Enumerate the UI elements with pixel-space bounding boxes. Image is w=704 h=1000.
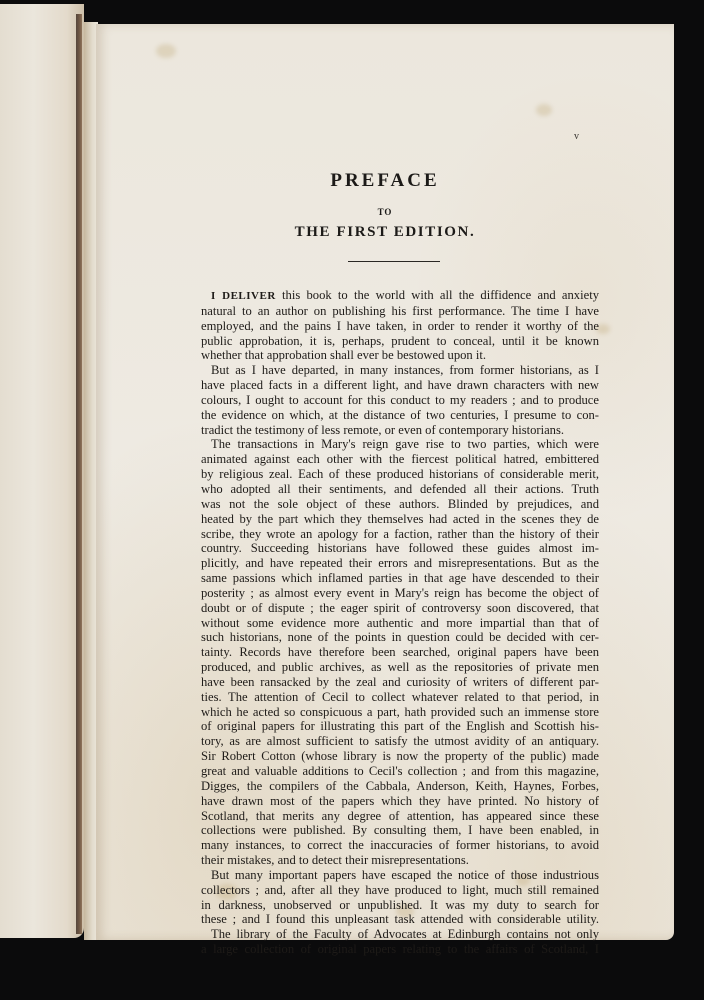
text-line: scribe, they wrote an apology for a fact…: [201, 527, 599, 542]
text-line: animated against each other with the fie…: [201, 452, 599, 467]
text-line: posterity ; as almost every event in Mar…: [201, 586, 599, 601]
text-line: was not the sole object of these authors…: [201, 497, 599, 512]
text-line: by religious zeal. Each of these produce…: [201, 467, 599, 482]
text-line: The transactions in Mary's reign gave ri…: [201, 437, 599, 452]
text-line: which he acted so conspicuous a part, ha…: [201, 705, 599, 720]
text-line: these ; and I found this unpleasant task…: [201, 912, 599, 927]
text-line: have been ransacked by the zeal and curi…: [201, 675, 599, 690]
title-divider: [348, 261, 440, 262]
text-line: natural to an author on publishing his f…: [201, 304, 599, 319]
text-line: a large collection of original papers re…: [201, 942, 599, 957]
text-line: such historians, none of the points in q…: [201, 630, 599, 645]
page-title: PREFACE: [96, 170, 674, 192]
text-line: colours, I ought to account for this con…: [201, 393, 599, 408]
text-line: have placed facts in a different light, …: [201, 378, 599, 393]
title-connector: TO: [96, 207, 674, 217]
text-line: But as I have departed, in many instance…: [201, 363, 599, 378]
text-line: same passions which inflamed parties in …: [201, 571, 599, 586]
text-line: collectors ; and, after all they have pr…: [201, 883, 599, 898]
text-line: doubt or of dispute ; the eager spirit o…: [201, 601, 599, 616]
text-line: public approbation, it is, perhaps, prud…: [201, 334, 599, 349]
text-line: great and valuable additions to Cecil's …: [201, 764, 599, 779]
text-line: tory, as are almost sufficient to satisf…: [201, 734, 599, 749]
text-line: in darkness, unobserved or unpublished. …: [201, 898, 599, 913]
page-subtitle: THE FIRST EDITION.: [96, 224, 674, 241]
text-line: I DELIVER this book to the world with al…: [201, 288, 599, 304]
text-line: of original papers for illustrating this…: [201, 719, 599, 734]
text-line: plicitly, and have repeated their errors…: [201, 556, 599, 571]
text-line: tainty. Records have therefore been sear…: [201, 645, 599, 660]
text-line: produced, and public archives, as well a…: [201, 660, 599, 675]
text-line: But many important papers have escaped t…: [201, 868, 599, 883]
preface-body: I DELIVER this book to the world with al…: [201, 288, 599, 957]
book-spine: [76, 14, 82, 934]
text-line: employed, and the pains I have taken, in…: [201, 319, 599, 334]
text-line: Digges, the compilers of the Cabbala, An…: [201, 779, 599, 794]
text-line: who adopted all their sentiments, and de…: [201, 482, 599, 497]
text-line: The library of the Faculty of Advocates …: [201, 927, 599, 942]
text-line: ties. The attention of Cecil to collect …: [201, 690, 599, 705]
text-line: tradict the testimony of less remote, or…: [201, 423, 599, 438]
text-line: collections were published. By consultin…: [201, 823, 599, 838]
text-line: their mistakes, and to detect their misr…: [201, 853, 599, 868]
text-line: without some evidence more authentic and…: [201, 616, 599, 631]
text-line: have drawn most of the papers which they…: [201, 794, 599, 809]
text-line: heated by the part which they themselves…: [201, 512, 599, 527]
text-line: country. Succeeding historians have foll…: [201, 541, 599, 556]
opening-words: I DELIVER: [211, 290, 276, 302]
text-line: Scotland, that merits any degree of atte…: [201, 809, 599, 824]
text-line: the evidence on which, at the distance o…: [201, 408, 599, 423]
text-line: whether that approbation shall ever be b…: [201, 348, 599, 363]
page-number: v: [574, 131, 579, 142]
text-line: many instances, to correct the inaccurac…: [201, 838, 599, 853]
left-page: [0, 4, 84, 938]
text-line: Sir Robert Cotton (whose library is now …: [201, 749, 599, 764]
